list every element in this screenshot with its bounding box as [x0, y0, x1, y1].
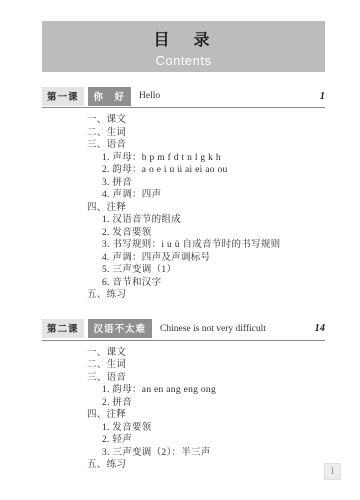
toc-title-chinese: 目 录	[42, 21, 325, 50]
toc-item: 2. 轻声	[102, 434, 360, 447]
toc-item: 5. 三声变调（1）	[102, 264, 360, 277]
lesson-title-chinese: 汉语不太难	[88, 319, 153, 338]
lesson-page-number: 1	[320, 91, 325, 102]
toc-item: 3. 三声变调（2）：半三声	[102, 447, 360, 460]
lesson-items: 一、课文二、生词三、语音1. 韵母：an en ang eng ong2. 拼音…	[0, 347, 360, 472]
toc-item: 三、语音	[87, 372, 360, 385]
lesson-label: 第一课	[42, 87, 84, 106]
toc-item: 二、生词	[87, 127, 360, 140]
toc-item: 四、注释	[87, 202, 360, 215]
toc-item: 1. 韵母：an en ang eng ong	[102, 384, 360, 397]
toc-title-english: Contents	[42, 53, 325, 68]
toc-item: 一、课文	[87, 347, 360, 360]
lesson-title-english: Hello	[139, 91, 160, 101]
toc-item: 一、课文	[87, 114, 360, 127]
lesson-section: 第二课 汉语不太难 Chinese is not very difficult …	[0, 321, 360, 472]
lesson-section: 第一课 你 好 Hello 1 一、课文二、生词三、语音1. 声母：b p m …	[0, 88, 360, 302]
page-footer-number: I	[324, 463, 341, 480]
toc-item: 四、注释	[87, 409, 360, 422]
lesson-label: 第二课	[42, 319, 84, 338]
toc-item: 三、语音	[87, 139, 360, 152]
toc-item: 1. 声母：b p m f d t n l g k h	[102, 152, 360, 165]
lesson-title-english: Chinese is not very difficult	[160, 324, 266, 334]
toc-header: 目 录 Contents	[42, 21, 325, 72]
toc-page: 目 录 Contents 第一课 你 好 Hello 1 一、课文二、生词三、语…	[0, 0, 360, 500]
toc-item: 3. 拼音	[102, 177, 360, 190]
lesson-items: 一、课文二、生词三、语音1. 声母：b p m f d t n l g k h2…	[0, 114, 360, 302]
toc-item: 2. 韵母：a o e i u ü ai ei ao ou	[102, 164, 360, 177]
toc-item: 6. 音节和汉字	[102, 277, 360, 290]
toc-item: 五、练习	[87, 459, 360, 472]
lesson-page-number: 14	[315, 323, 326, 334]
toc-item: 2. 发音要领	[102, 227, 360, 240]
toc-item: 二、生词	[87, 359, 360, 372]
lesson-header: 第一课 你 好 Hello 1	[42, 88, 325, 108]
toc-item: 1. 发音要领	[102, 422, 360, 435]
toc-item: 4. 声调：四声	[102, 189, 360, 202]
toc-item: 4. 声调：四声及声调标号	[102, 252, 360, 265]
lessons: 第一课 你 好 Hello 1 一、课文二、生词三、语音1. 声母：b p m …	[0, 88, 360, 491]
toc-item: 1. 汉语音节的组成	[102, 214, 360, 227]
toc-item: 2. 拼音	[102, 397, 360, 410]
lesson-header: 第二课 汉语不太难 Chinese is not very difficult …	[42, 321, 325, 341]
toc-item: 五、练习	[87, 289, 360, 302]
toc-item: 3. 书写规则：i u ü 自成音节时的书写规则	[102, 239, 360, 252]
lesson-title-chinese: 你 好	[88, 87, 132, 106]
